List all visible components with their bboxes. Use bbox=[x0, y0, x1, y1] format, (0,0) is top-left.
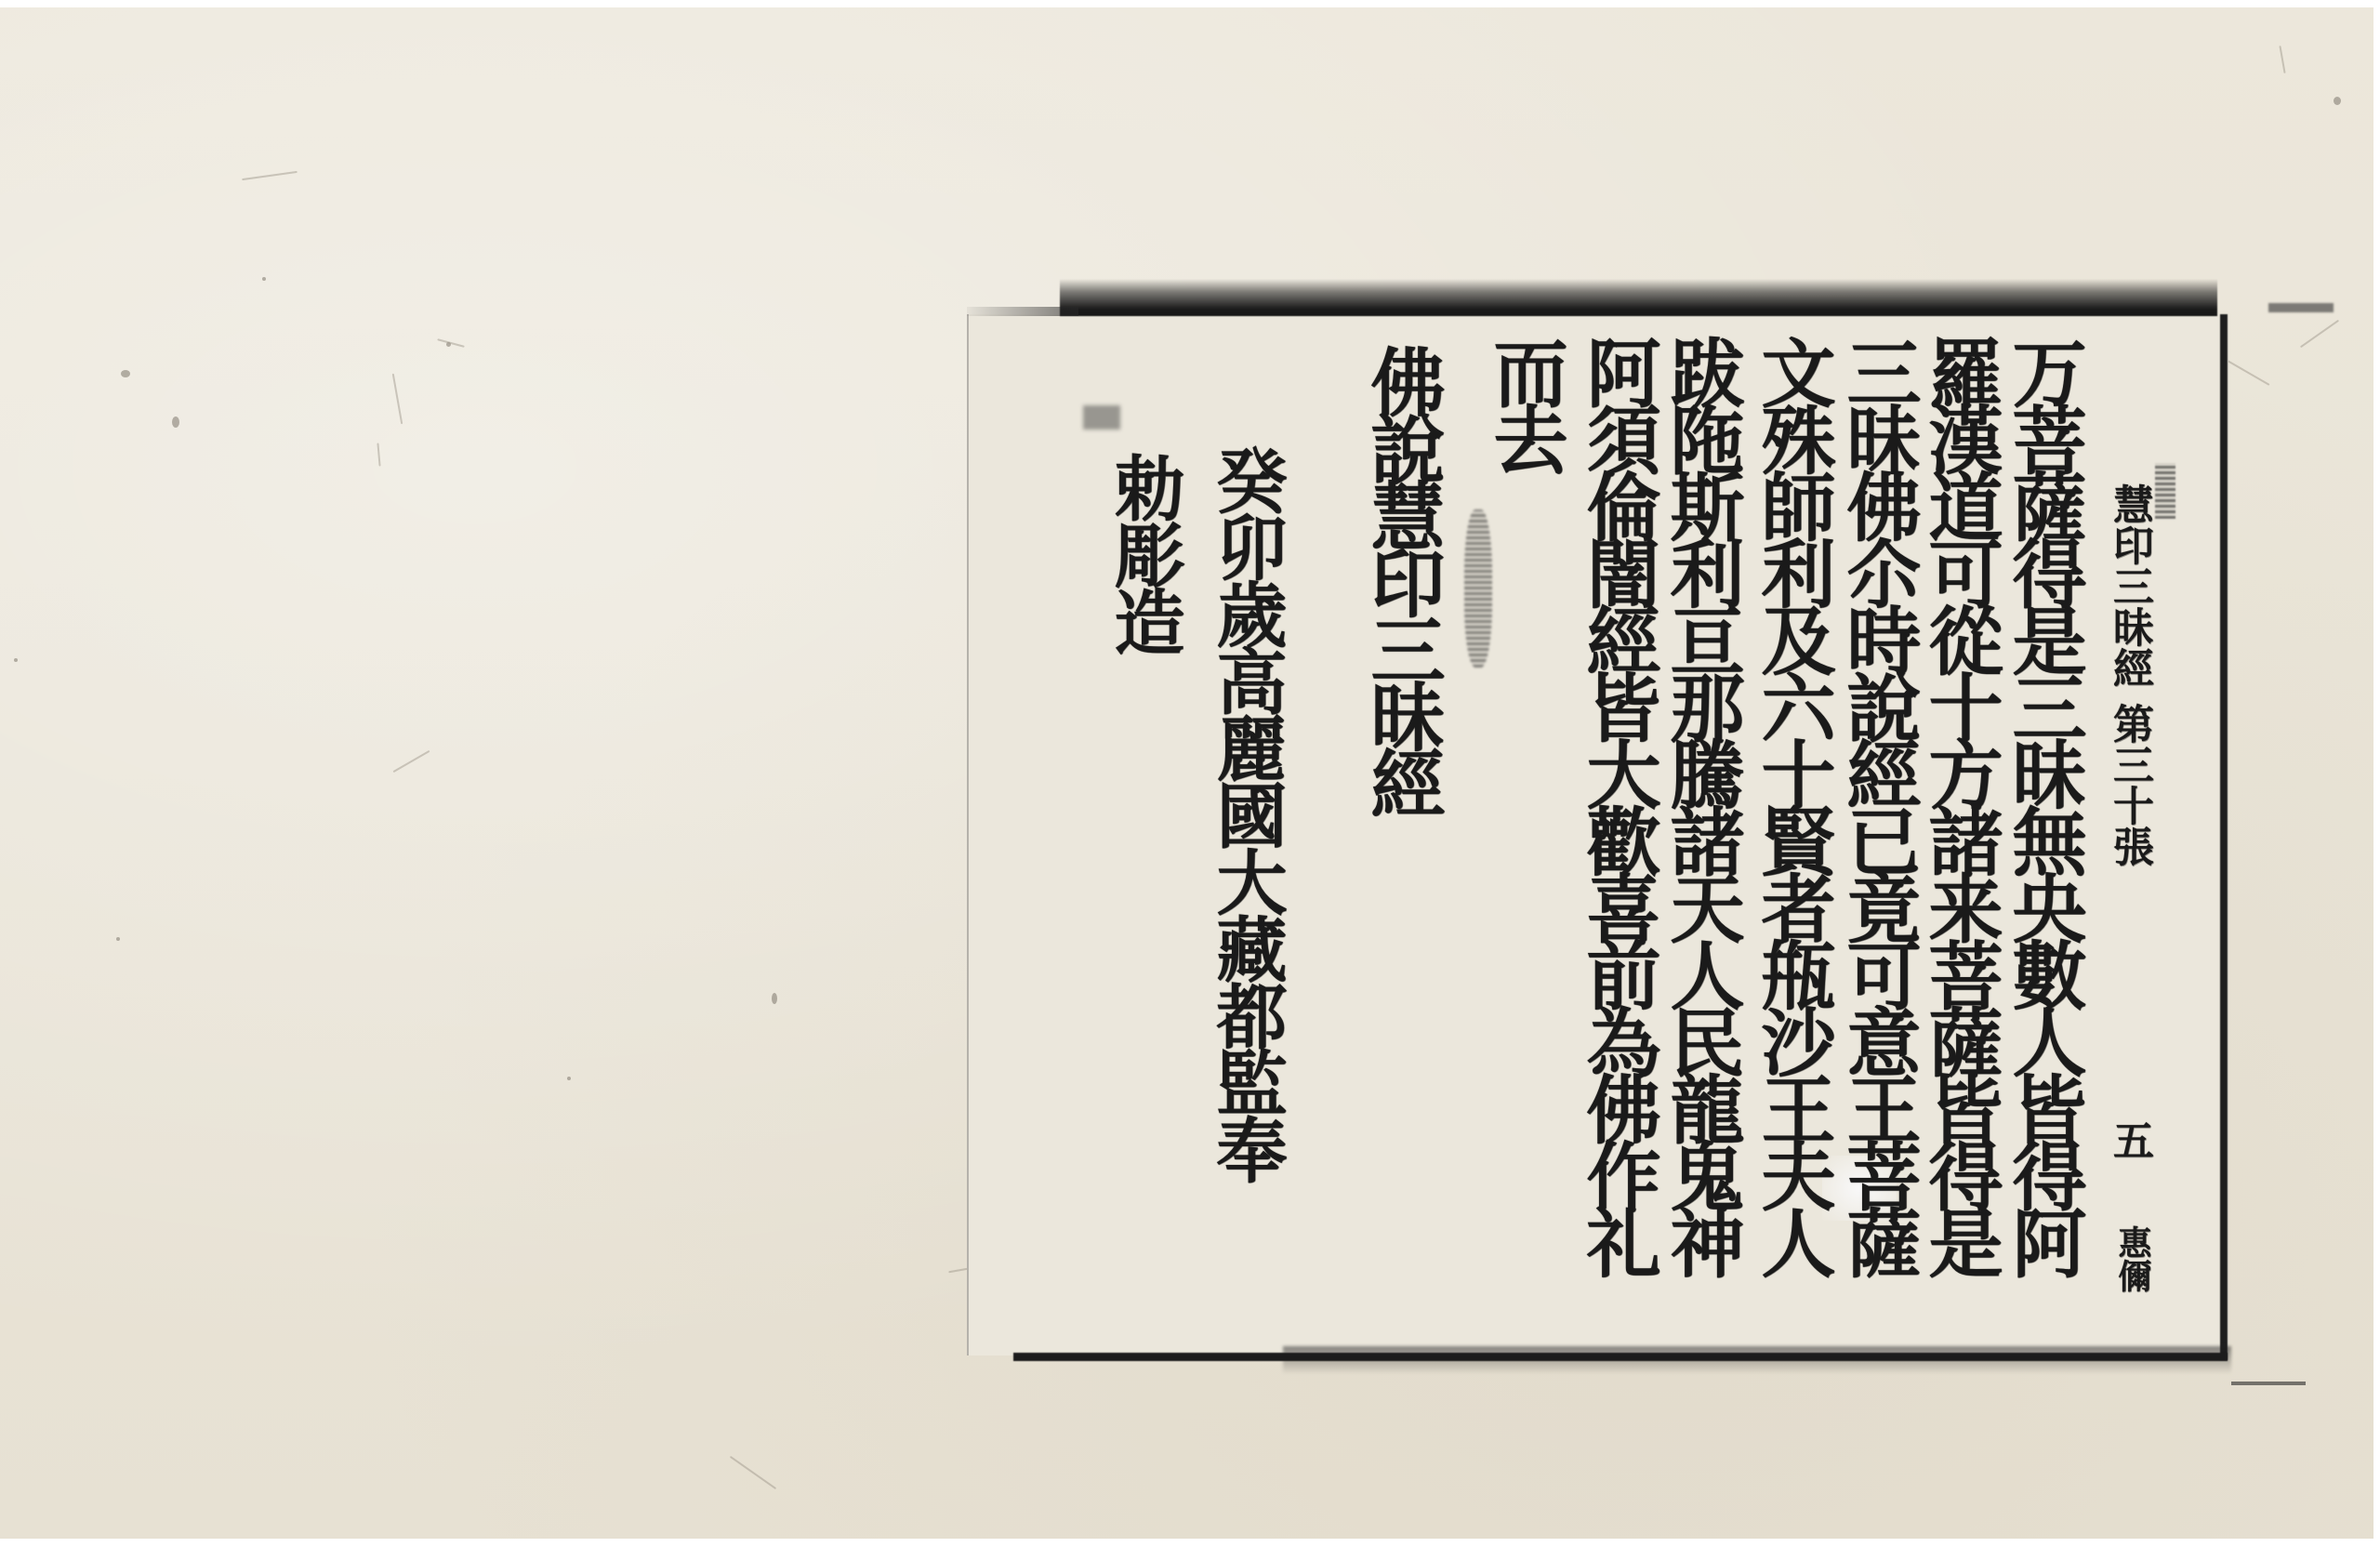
paper-speck bbox=[2334, 97, 2341, 105]
body-column-7: 而去 bbox=[1487, 335, 1562, 469]
paper-fibre bbox=[2279, 46, 2285, 73]
paper-speck bbox=[262, 277, 266, 281]
frame-bottom-border bbox=[1013, 1353, 2228, 1361]
frame-top-border-ink bbox=[1060, 279, 2217, 316]
ink-smudge bbox=[1464, 509, 1492, 668]
paper-page: 慧印三昧經 第三十張 五 惠儞 万菩薩得是三昧無央數人皆得阿 羅漢道可從十方諸来… bbox=[0, 7, 2373, 1539]
paper-fibre bbox=[437, 338, 464, 348]
paper-speck bbox=[14, 658, 18, 662]
paper-fibre bbox=[377, 443, 380, 466]
body-column-6: 阿須倫闇經皆大歡喜前為佛作礼 bbox=[1580, 335, 1655, 1272]
ink-smudge bbox=[1083, 405, 1120, 430]
marginal-carver-name: 惠儞 bbox=[2116, 1225, 2149, 1292]
paper-speck bbox=[121, 370, 130, 377]
paper-fibre bbox=[2300, 320, 2339, 348]
frame-right-border bbox=[2220, 314, 2228, 1360]
paper-speck bbox=[116, 937, 120, 941]
body-column-3: 三昧佛尒時說經已竟可意王菩薩 bbox=[1841, 335, 1915, 1272]
paper-speck bbox=[772, 993, 777, 1004]
body-column-1: 万菩薩得是三昧無央數人皆得阿 bbox=[2006, 335, 2081, 1272]
colophon-line-1: 癸卯歲高麗國大藏都監奉 bbox=[1210, 444, 1281, 1181]
marginal-sutra-title: 慧印三昧經 bbox=[2109, 483, 2149, 688]
frame-bottom-border-extension bbox=[2231, 1382, 2306, 1385]
body-column-2: 羅漢道可從十方諸来菩薩皆得是 bbox=[1923, 335, 1997, 1272]
marginal-sheet-number: 第三十張 bbox=[2109, 703, 2149, 866]
paper-fibre bbox=[392, 374, 403, 425]
paper-speck bbox=[567, 1077, 571, 1080]
paper-fibre bbox=[242, 171, 297, 180]
paper-speck bbox=[172, 416, 179, 428]
closing-sutra-title: 佛說慧印三昧經 bbox=[1365, 344, 1439, 813]
frame-top-border-fade bbox=[967, 307, 1078, 316]
frame-top-border-extension bbox=[2268, 303, 2334, 312]
colophon-line-2: 勅彫造 bbox=[1108, 452, 1179, 653]
body-column-4: 文殊師利及六十賢者甁沙王夫人 bbox=[1755, 335, 1830, 1272]
ink-smudge bbox=[2155, 463, 2175, 519]
paper-fibre bbox=[730, 1456, 776, 1489]
body-column-5: 跋陁斯利亘那騰諸天人民龍鬼神 bbox=[1664, 335, 1739, 1272]
marginal-page-number: 五 bbox=[2109, 1119, 2149, 1160]
paper-fibre bbox=[393, 750, 430, 773]
